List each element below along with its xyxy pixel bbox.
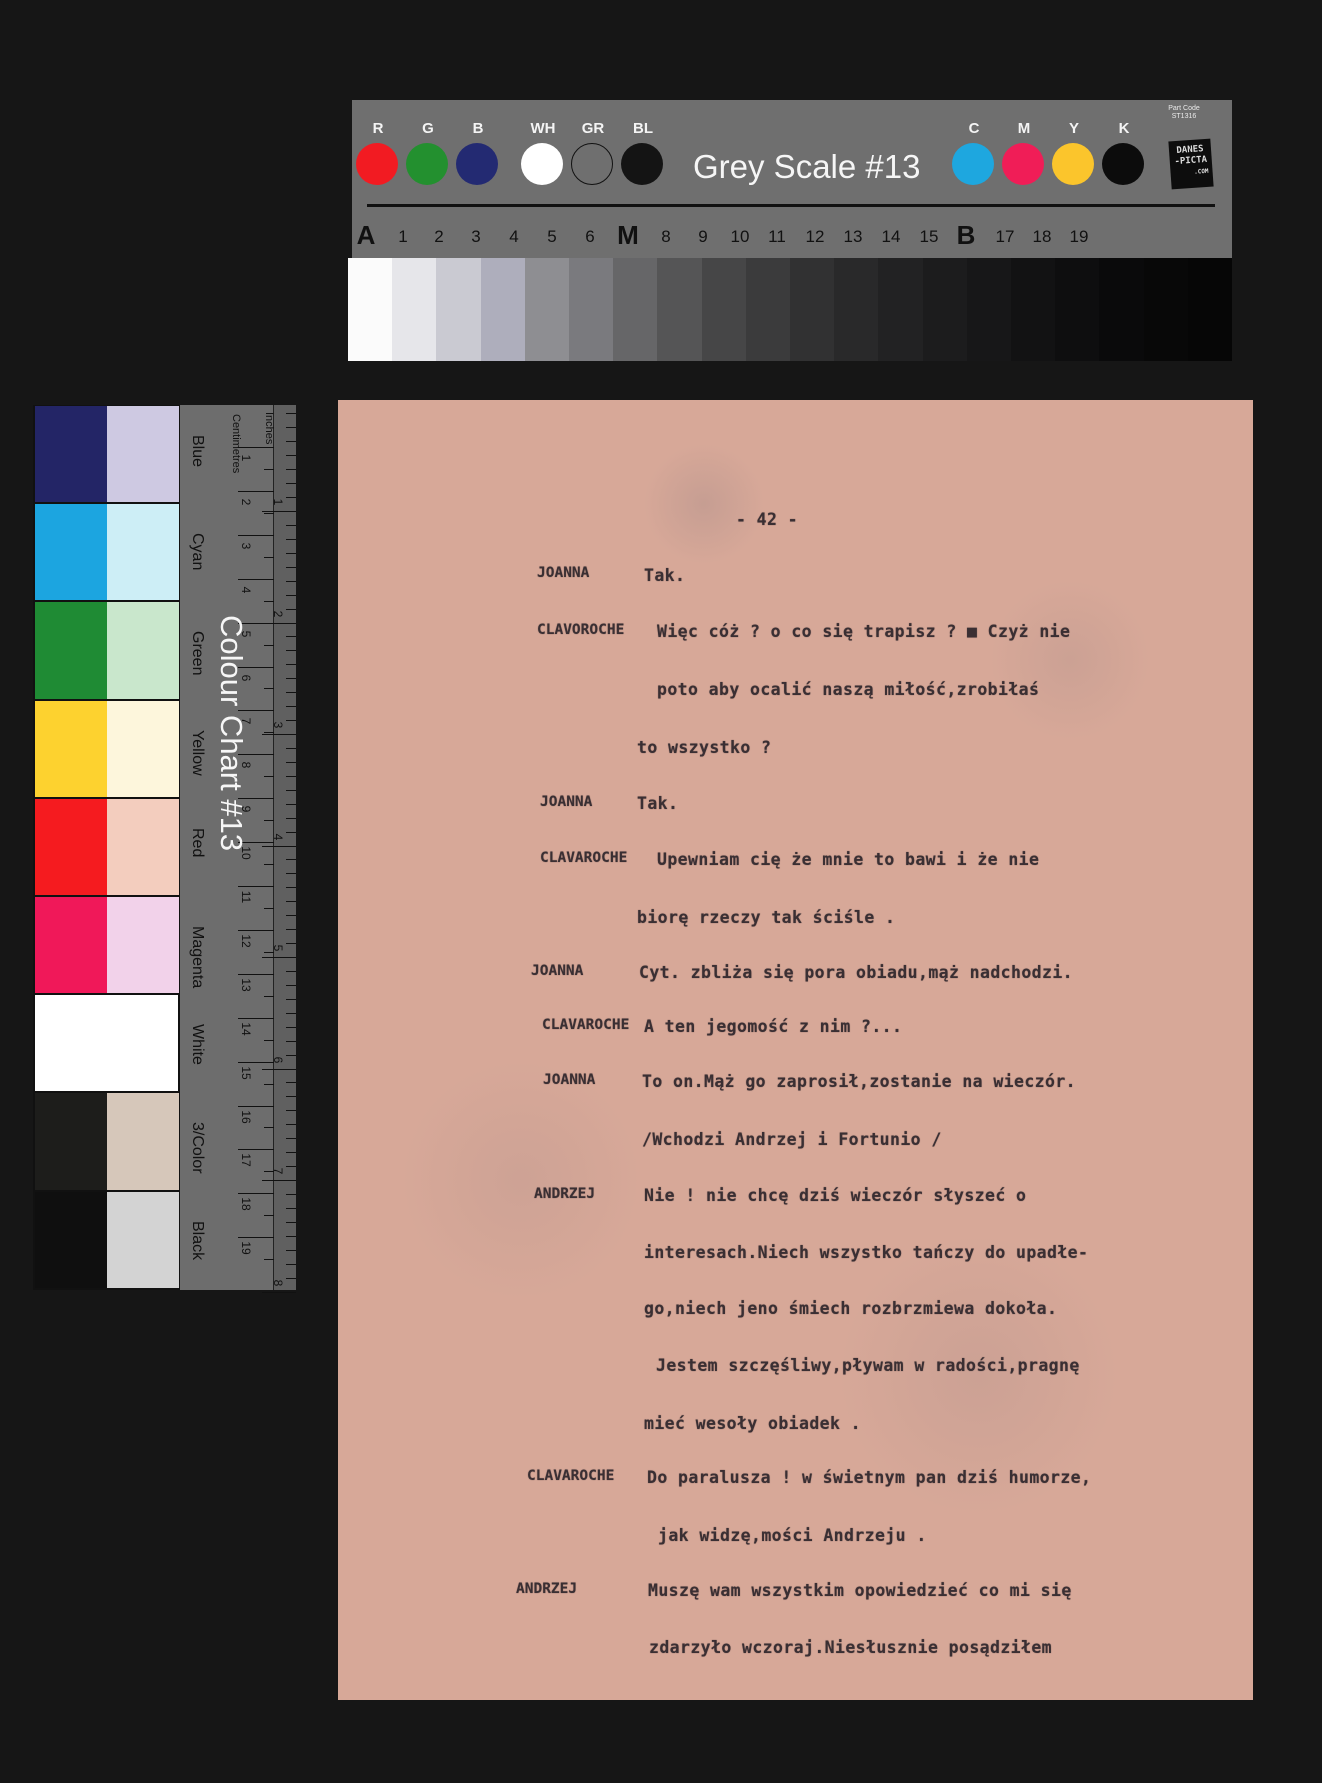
cm-half-tick	[264, 776, 274, 777]
inch-subtick	[286, 678, 296, 679]
dialogue-text: /Wchodzi Andrzej i Fortunio /	[642, 1130, 942, 1149]
grey-step	[348, 258, 392, 361]
inch-subtick	[286, 748, 296, 749]
speaker-name: JOANNA	[531, 963, 583, 979]
speaker-name: CLAVAROCHE	[527, 1468, 614, 1484]
inch-subtick	[286, 818, 296, 819]
swatch-label-c: C	[952, 120, 996, 137]
inch-subtick	[286, 1222, 296, 1223]
cm-half-tick	[264, 1259, 274, 1260]
inch-subtick	[286, 971, 296, 972]
inch-subtick	[286, 1236, 296, 1237]
dialogue-text: jak widzę,mości Andrzeju .	[658, 1526, 927, 1545]
inch-number: 8	[271, 1273, 285, 1293]
scale-label: 19	[1059, 227, 1099, 247]
swatch-label-r: R	[356, 120, 400, 137]
speaker-name: JOANNA	[537, 565, 589, 581]
swatch-cyan-dot	[952, 143, 994, 185]
cm-number: 12	[239, 931, 253, 951]
swatch-red-dot	[356, 143, 398, 185]
danes-picta-logo: DANES -PICTA .COM	[1168, 139, 1213, 190]
inch-subtick	[286, 832, 296, 833]
inch-subtick	[286, 985, 296, 986]
scale-label: 4	[494, 227, 534, 247]
cm-number: 11	[239, 887, 253, 907]
dialogue-text: Upewniam cię że mnie to bawi i że nie	[657, 850, 1039, 869]
grey-step	[967, 258, 1011, 361]
speaker-name: CLAVAROCHE	[542, 1017, 629, 1033]
scale-label: M	[608, 220, 648, 251]
grey-step	[436, 258, 480, 361]
colour-row-label: Yellow	[188, 730, 206, 776]
scale-label: 8	[646, 227, 686, 247]
swatch-label-bl: BL	[621, 120, 665, 137]
colour-row-label: Blue	[188, 435, 206, 467]
inch-subtick	[286, 915, 296, 916]
centimetres-label: Centimetres	[230, 414, 242, 473]
part-code-value: ST1316	[1154, 113, 1214, 121]
part-code: Part Code ST1316	[1154, 105, 1214, 121]
colour-patch-white	[35, 995, 178, 1091]
grey-step	[392, 258, 436, 361]
cm-half-tick	[264, 908, 274, 909]
inch-subtick	[286, 999, 296, 1000]
inch-subtick	[286, 1250, 296, 1251]
dialogue-text: Cyt. zbliża się pora obiadu,mąż nadchodz…	[639, 963, 1073, 982]
inch-subtick	[286, 567, 296, 568]
inch-subtick	[286, 427, 296, 428]
cm-number: 17	[239, 1150, 253, 1170]
colour-row-label: Black	[188, 1221, 206, 1260]
swatch-black-dot	[621, 143, 663, 185]
colour-row-label: White	[188, 1024, 206, 1065]
speaker-name: JOANNA	[543, 1072, 595, 1088]
speaker-name: JOANNA	[540, 794, 592, 810]
cm-half-tick	[264, 469, 274, 470]
colour-patch-yellow-light	[107, 701, 179, 797]
swatch-label-wh: WH	[521, 120, 565, 137]
inch-subtick	[286, 1264, 296, 1265]
colour-patch-cyan-dark	[35, 504, 107, 600]
swatch-yellow-dot	[1052, 143, 1094, 185]
inch-subtick	[286, 1041, 296, 1042]
inch-subtick	[286, 455, 296, 456]
scale-label: 3	[456, 227, 496, 247]
scale-label: 13	[833, 227, 873, 247]
divider-rule	[367, 204, 1215, 207]
cm-number: 3	[239, 536, 253, 556]
cm-number: 13	[239, 975, 253, 995]
colour-patch-yellow-dark	[35, 701, 107, 797]
colour-patch-blue-light	[107, 406, 179, 502]
grey-step	[613, 258, 657, 361]
colour-row-label: Green	[188, 631, 206, 675]
dialogue-text: to wszystko ?	[637, 738, 771, 757]
scale-label: 9	[683, 227, 723, 247]
inch-subtick	[286, 497, 296, 498]
cm-number: 19	[239, 1238, 253, 1258]
scale-label: 5	[532, 227, 572, 247]
colour-patch-magenta-dark	[35, 897, 107, 993]
inch-subtick	[286, 1096, 296, 1097]
dialogue-text: Nie ! nie chcę dziś wieczór słyszeć o	[644, 1186, 1026, 1205]
grey-scale-title: Grey Scale #13	[693, 148, 920, 186]
inch-subtick	[286, 1013, 296, 1014]
scale-label: 11	[757, 227, 797, 247]
inch-subtick	[286, 1152, 296, 1153]
page-number: - 42 -	[736, 510, 798, 529]
grey-step	[923, 258, 967, 361]
grey-step	[481, 258, 525, 361]
inch-subtick	[286, 929, 296, 930]
grey-scale-steps	[348, 258, 1232, 361]
inch-subtick	[286, 539, 296, 540]
dialogue-text: go,niech jeno śmiech rozbrzmiewa dokoła.	[644, 1299, 1057, 1318]
part-code-label: Part Code	[1154, 105, 1214, 113]
inch-subtick	[286, 609, 296, 610]
inch-subtick	[286, 664, 296, 665]
colour-patch-black-dark	[35, 1192, 107, 1288]
swatch-label-gr: GR	[571, 120, 615, 137]
grey-step	[834, 258, 878, 361]
colour-patch-blue-dark	[35, 406, 107, 502]
inch-subtick	[286, 804, 296, 805]
inch-subtick	[286, 1208, 296, 1209]
cm-half-tick	[264, 996, 274, 997]
inch-subtick	[286, 525, 296, 526]
speaker-name: ANDRZEJ	[516, 1581, 577, 1597]
inch-subtick	[286, 1082, 296, 1083]
speaker-name: CLAVOROCHE	[537, 622, 624, 638]
inches-label: Inches	[263, 412, 275, 444]
inch-subtick	[286, 1278, 296, 1279]
inch-subtick	[286, 790, 296, 791]
swatch-green-dot	[406, 143, 448, 185]
inch-subtick	[286, 1166, 296, 1167]
cm-number: 2	[239, 492, 253, 512]
inch-number: 5	[271, 938, 285, 958]
dialogue-text: A ten jegomość z nim ?...	[644, 1017, 902, 1036]
scale-label: 12	[795, 227, 835, 247]
dialogue-text: Jestem szczęśliwy,pływam w radości,pragn…	[656, 1356, 1080, 1375]
dialogue-text: biorę rzeczy tak ściśle .	[637, 908, 895, 927]
grey-step	[525, 258, 569, 361]
cm-half-tick	[264, 1127, 274, 1128]
cm-half-tick	[264, 601, 274, 602]
inch-number: 6	[271, 1050, 285, 1070]
swatch-black-k-dot	[1102, 143, 1144, 185]
cm-number: 15	[239, 1063, 253, 1083]
scale-label: 1	[383, 227, 423, 247]
grey-step	[702, 258, 746, 361]
colour-patch-red-light	[107, 799, 179, 895]
inch-subtick	[286, 776, 296, 777]
colour-patch-cyan-light	[107, 504, 179, 600]
colour-patch-green-light	[107, 602, 179, 698]
scale-label: 14	[871, 227, 911, 247]
inch-number: 4	[271, 827, 285, 847]
swatch-grey-dot	[571, 143, 613, 185]
inch-subtick	[286, 553, 296, 554]
inch-subtick	[286, 692, 296, 693]
cm-half-tick	[264, 1084, 274, 1085]
colour-patch-3-color-dark	[35, 1093, 107, 1189]
inch-scale	[273, 405, 296, 1290]
inch-subtick	[286, 887, 296, 888]
colour-patch-black-light	[107, 1192, 179, 1288]
dialogue-text: zdarzyło wczoraj.Niesłusznie posądziłem	[649, 1638, 1052, 1657]
dialogue-text: poto aby ocalić naszą miłość,zrobiłaś	[657, 680, 1039, 699]
inch-subtick	[286, 873, 296, 874]
dialogue-text: Do paralusza ! w świetnym pan dziś humor…	[647, 1468, 1091, 1487]
swatch-label-m: M	[1002, 120, 1046, 137]
scale-label: 6	[570, 227, 610, 247]
grey-step	[1188, 258, 1232, 361]
scale-label: 10	[720, 227, 760, 247]
cm-number: 18	[239, 1194, 253, 1214]
colour-chart-card: 1234567891011121314151617181912345678 In…	[33, 405, 296, 1290]
grey-step	[1011, 258, 1055, 361]
inch-subtick	[286, 1027, 296, 1028]
swatch-label-y: Y	[1052, 120, 1096, 137]
cm-half-tick	[264, 864, 274, 865]
scale-label: 17	[985, 227, 1025, 247]
cm-half-tick	[264, 645, 274, 646]
dialogue-text: Muszę wam wszystkim opowiedzieć co mi si…	[648, 1581, 1072, 1600]
cm-number: 16	[239, 1107, 253, 1127]
inch-subtick	[286, 413, 296, 414]
inch-subtick	[286, 595, 296, 596]
dialogue-text: Więc cóż ? o co się trapisz ? ■ Czyż nie	[657, 622, 1070, 641]
inch-subtick	[286, 441, 296, 442]
colour-patch-green-dark	[35, 602, 107, 698]
cm-half-tick	[264, 820, 274, 821]
speaker-name: ANDRZEJ	[534, 1186, 595, 1202]
swatch-label-k: K	[1102, 120, 1146, 137]
dialogue-text: interesach.Niech wszystko tańczy do upad…	[644, 1243, 1088, 1262]
colour-row-label: Magenta	[188, 926, 206, 988]
swatch-blue-dot	[456, 143, 498, 185]
dialogue-text: Tak.	[637, 794, 678, 813]
typed-document-page: - 42 - JOANNATak.CLAVOROCHEWięc cóż ? o …	[338, 400, 1253, 1700]
inch-subtick	[286, 1055, 296, 1056]
inch-subtick	[286, 483, 296, 484]
grey-step	[1144, 258, 1188, 361]
inch-number: 2	[271, 604, 285, 624]
inch-subtick	[286, 762, 296, 763]
scale-label: B	[946, 220, 986, 251]
cm-number: 4	[239, 580, 253, 600]
cm-half-tick	[264, 688, 274, 689]
cm-half-tick	[264, 513, 274, 514]
inch-subtick	[286, 636, 296, 637]
colour-patch-red-dark	[35, 799, 107, 895]
inch-subtick	[286, 859, 296, 860]
colour-patch-3-color-light	[107, 1093, 179, 1189]
grey-step	[746, 258, 790, 361]
inch-subtick	[286, 943, 296, 944]
inch-subtick	[286, 1194, 296, 1195]
grey-step	[569, 258, 613, 361]
scale-label: 18	[1022, 227, 1062, 247]
scale-label: 15	[909, 227, 949, 247]
colour-patch-magenta-light	[107, 897, 179, 993]
inch-number: 3	[271, 715, 285, 735]
inch-subtick	[286, 469, 296, 470]
colour-row-label: 3/Color	[188, 1122, 206, 1174]
grey-step	[1055, 258, 1099, 361]
grey-step	[790, 258, 834, 361]
swatch-label-g: G	[406, 120, 450, 137]
colour-row-label: Cyan	[188, 533, 206, 570]
dialogue-text: Tak.	[644, 566, 685, 585]
inch-subtick	[286, 1124, 296, 1125]
colour-chart-title: Colour Chart #13	[213, 615, 249, 851]
swatch-magenta-dot	[1002, 143, 1044, 185]
inch-subtick	[286, 1138, 296, 1139]
dialogue-text: To on.Mąż go zaprosił,zostanie na wieczó…	[642, 1072, 1076, 1091]
speaker-name: CLAVAROCHE	[540, 850, 627, 866]
cm-half-tick	[264, 557, 274, 558]
scale-label: 2	[419, 227, 459, 247]
grey-step	[1099, 258, 1143, 361]
grey-step	[657, 258, 701, 361]
grey-scale-card: R G B WH GR BL Grey Scale #13 C M Y K Pa…	[352, 100, 1232, 263]
swatch-label-b: B	[456, 120, 500, 137]
swatch-white-dot	[521, 143, 563, 185]
inch-subtick	[286, 1110, 296, 1111]
colour-row-label: Red	[188, 828, 206, 857]
grey-step	[878, 258, 922, 361]
cm-half-tick	[264, 1040, 274, 1041]
inch-subtick	[286, 706, 296, 707]
scale-label: A	[346, 220, 386, 251]
inch-number: 1	[271, 492, 285, 512]
inch-subtick	[286, 720, 296, 721]
inch-subtick	[286, 581, 296, 582]
dialogue-text: mieć wesoły obiadek .	[644, 1414, 861, 1433]
inch-subtick	[286, 901, 296, 902]
cm-half-tick	[264, 1215, 274, 1216]
inch-number: 7	[271, 1161, 285, 1181]
cm-number: 14	[239, 1019, 253, 1039]
inch-subtick	[286, 650, 296, 651]
